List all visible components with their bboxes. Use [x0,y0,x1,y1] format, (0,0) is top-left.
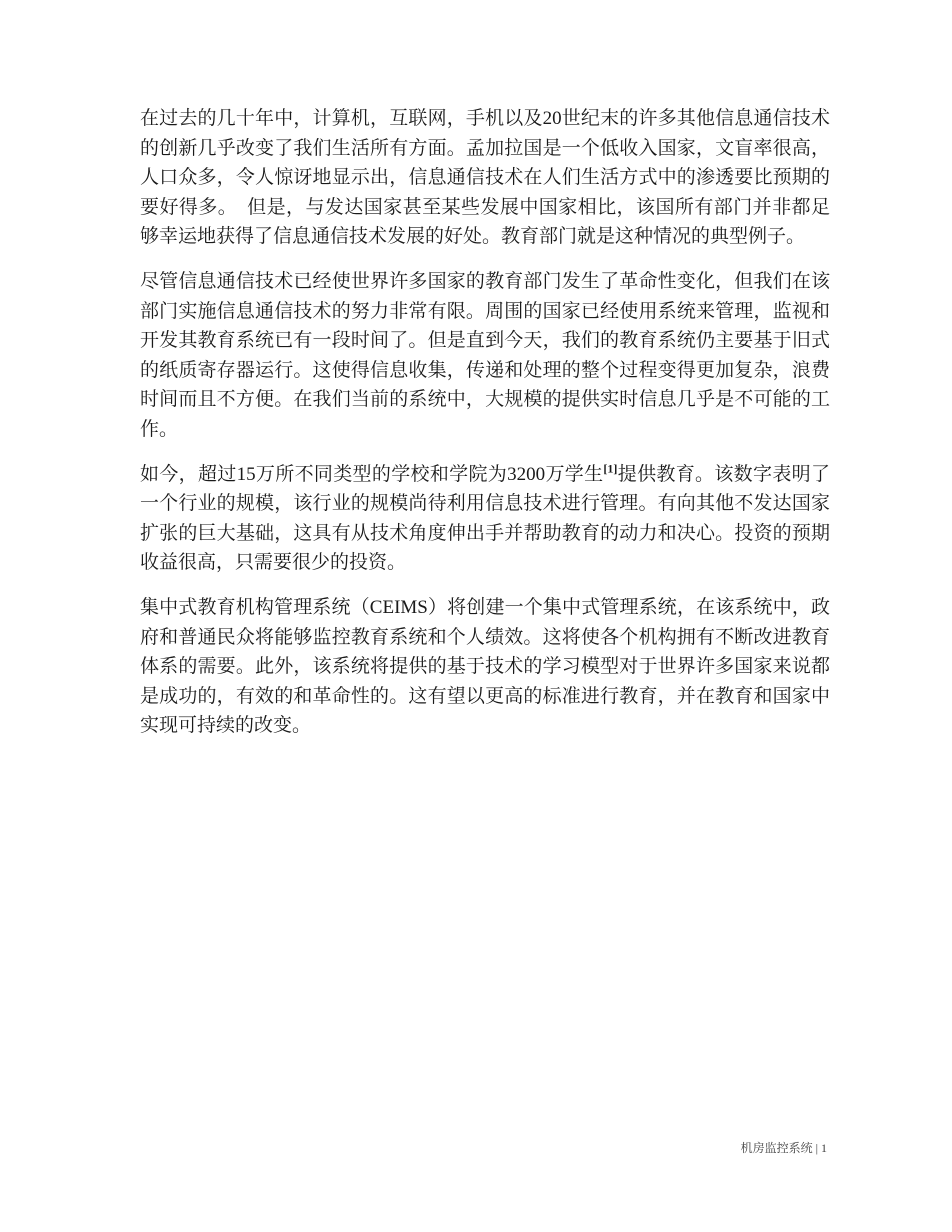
paragraph-2: 尽管信息通信技术已经使世界许多国家的教育部门发生了革命性变化，但我们在该部门实施… [140,267,830,445]
paragraph-3-text-before-ref: 如今，超过15万所不同类型的学校和学院为3200万学生 [140,464,603,485]
document-body: 在过去的几十年中，计算机，互联网，手机以及20世纪末的许多其他信息通信技术的创新… [140,104,830,741]
paragraph-4: 集中式教育机构管理系统（CEIMS）将创建一个集中式管理系统，在该系统中，政府和… [140,593,830,741]
document-page: 在过去的几十年中，计算机，互联网，手机以及20世纪末的许多其他信息通信技术的创新… [0,0,952,1232]
footer-text: 机房监控系统 | 1 [741,1141,827,1155]
paragraph-3: 如今，超过15万所不同类型的学校和学院为3200万学生[1]提供教育。该数字表明… [140,460,830,578]
page-footer: 机房监控系统 | 1 [741,1140,827,1156]
footnote-reference-1: [1] [603,461,617,475]
paragraph-1: 在过去的几十年中，计算机，互联网，手机以及20世纪末的许多其他信息通信技术的创新… [140,104,830,252]
